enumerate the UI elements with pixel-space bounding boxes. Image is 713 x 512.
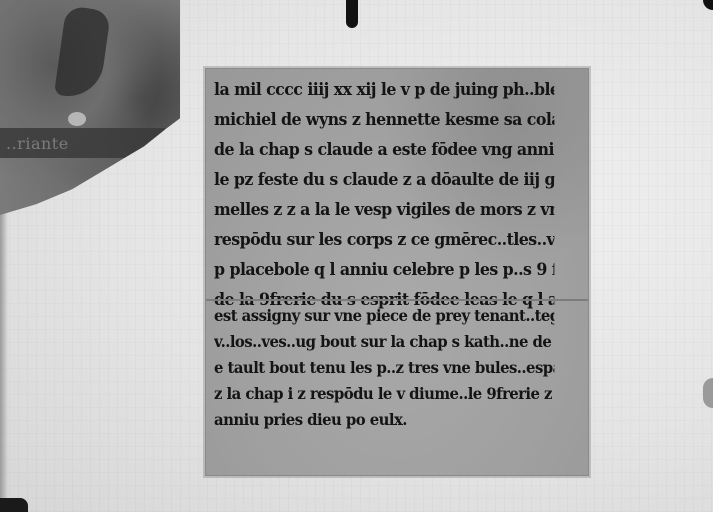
corner-shadow-bottom-left <box>0 498 28 512</box>
inscription-line: est assigny sur vne piece de prey tenant… <box>214 303 554 329</box>
inscription-line: melles z z a la le vesp vigiles de mors … <box>214 195 554 225</box>
plaque-divider <box>206 299 588 301</box>
mural-light-spot <box>68 112 86 126</box>
inscription-line: de la chap s claude a este fōdee vng ann… <box>214 135 554 165</box>
inscription-line: michiel de wyns z hennette kesme sa cola… <box>214 105 554 135</box>
inscription-bottom-block: est assigny sur vne piece de prey tenant… <box>214 303 580 433</box>
inscription-line: e tault bout tenu les p..z tres vne bule… <box>214 355 554 381</box>
inscription-line: la mil cccc iiij xx xij le v p de juing … <box>214 75 554 105</box>
inscription-line: le pz feste du s claude z a dōaulte de i… <box>214 165 554 195</box>
inscription-line: v..los..ves..ug bout sur la chap s kath.… <box>214 329 554 355</box>
mural-label: ..riante <box>6 134 69 153</box>
inscription-top-block: la mil cccc iiij xx xij le v p de juing … <box>214 75 580 315</box>
nail-mark <box>346 0 358 28</box>
inscription-line: z la chap i z respōdu le v diume..le 9fr… <box>214 381 554 407</box>
inscription-plaque: la mil cccc iiij xx xij le v p de juing … <box>205 68 589 476</box>
inscription-line: anniu pries dieu po eulx. <box>214 407 554 433</box>
mural-figure-shape <box>54 5 111 100</box>
inscription-line: respōdu sur les corps z ce gmērec..tles.… <box>214 225 554 255</box>
inscription-line: p placebole q l anniu celebre p les p..s… <box>214 255 554 285</box>
edge-stain-right <box>703 378 713 408</box>
